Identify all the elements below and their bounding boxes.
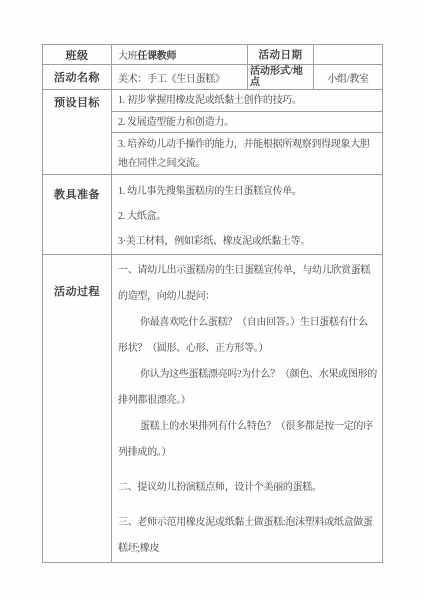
- process-paragraph-3: 你认为这些蛋糕漂亮吗?为什么？（颜色、水果或图形的排列都很漂亮。）: [118, 362, 377, 414]
- goals-label-cell: 预设目标: [43, 90, 112, 175]
- material-item-1: 1. 幼儿事先搜集蛋糕房的生日蛋糕宣传单。: [118, 179, 379, 204]
- process-paragraph-2: 你最喜欢吃什么蛋糕？（自由回答。）生日蛋糕有什么形状？（圆形、心形、正方形等。）: [118, 310, 377, 362]
- lesson-plan-page: 班级 大班任课教师 活动日期 活动名称 美术：手工《生日蛋糕》 活动形式/地点 …: [0, 0, 424, 600]
- activity-name-value-cell: 美术：手工《生日蛋糕》: [112, 65, 248, 90]
- date-value-cell: [314, 45, 383, 65]
- date-label-cell: 活动日期: [248, 45, 314, 65]
- process-cell: 一、请幼儿出示蛋糕房的生日蛋糕宣传单，与幼儿欣赏蛋糕的造型，向幼儿提问： 你最喜…: [112, 255, 383, 563]
- materials-cell: 1. 幼儿事先搜集蛋糕房的生日蛋糕宣传单。 2. 大纸盒。 3·美工材料，例如彩…: [112, 175, 383, 255]
- teacher-label: 任课教师: [137, 51, 176, 62]
- goal-item-3: 3. 培养幼儿动手操作的能力，并能根据所观察到得现象大胆地在同伴之间交流。: [112, 133, 383, 175]
- process-paragraph-6: 三、老师示范用橡皮泥或纸黏土做蛋糕:泡沫塑料或纸盒做蛋糕坯;橡皮: [118, 510, 377, 562]
- material-item-2: 2. 大纸盒。: [118, 204, 379, 229]
- class-label-cell: 班级: [43, 45, 112, 65]
- goal-item-2: 2. 发展造型能力和创造力。: [112, 112, 383, 133]
- class-teacher-cell: 大班任课教师: [112, 45, 248, 65]
- goal-item-1: 1. 初步掌握用橡皮泥或纸黏土创作的技巧。: [112, 90, 383, 112]
- lesson-plan-table: 班级 大班任课教师 活动日期 活动名称 美术：手工《生日蛋糕》 活动形式/地点 …: [42, 44, 383, 563]
- activity-name-label-cell: 活动名称: [43, 65, 112, 90]
- class-value: 大班: [118, 51, 137, 62]
- process-paragraph-1: 一、请幼儿出示蛋糕房的生日蛋糕宣传单，与幼儿欣赏蛋糕的造型，向幼儿提问：: [118, 258, 377, 310]
- material-item-3: 3·美工材料，例如彩纸、橡皮泥或纸黏土等。: [118, 229, 379, 254]
- process-paragraph-4: 蛋糕上的水果排列有什么特色？（很多都是按一定的序列排成的。）: [118, 414, 377, 466]
- process-label-cell: 活动过程: [43, 255, 112, 563]
- materials-label-cell: 教具准备: [43, 175, 112, 255]
- process-paragraph-5: 二、提议幼儿扮演糕点师，设计个美丽的蛋糕。: [118, 475, 377, 501]
- activity-form-label-cell: 活动形式/地点: [248, 65, 314, 90]
- activity-form-value-cell: 小组/教室: [314, 65, 383, 90]
